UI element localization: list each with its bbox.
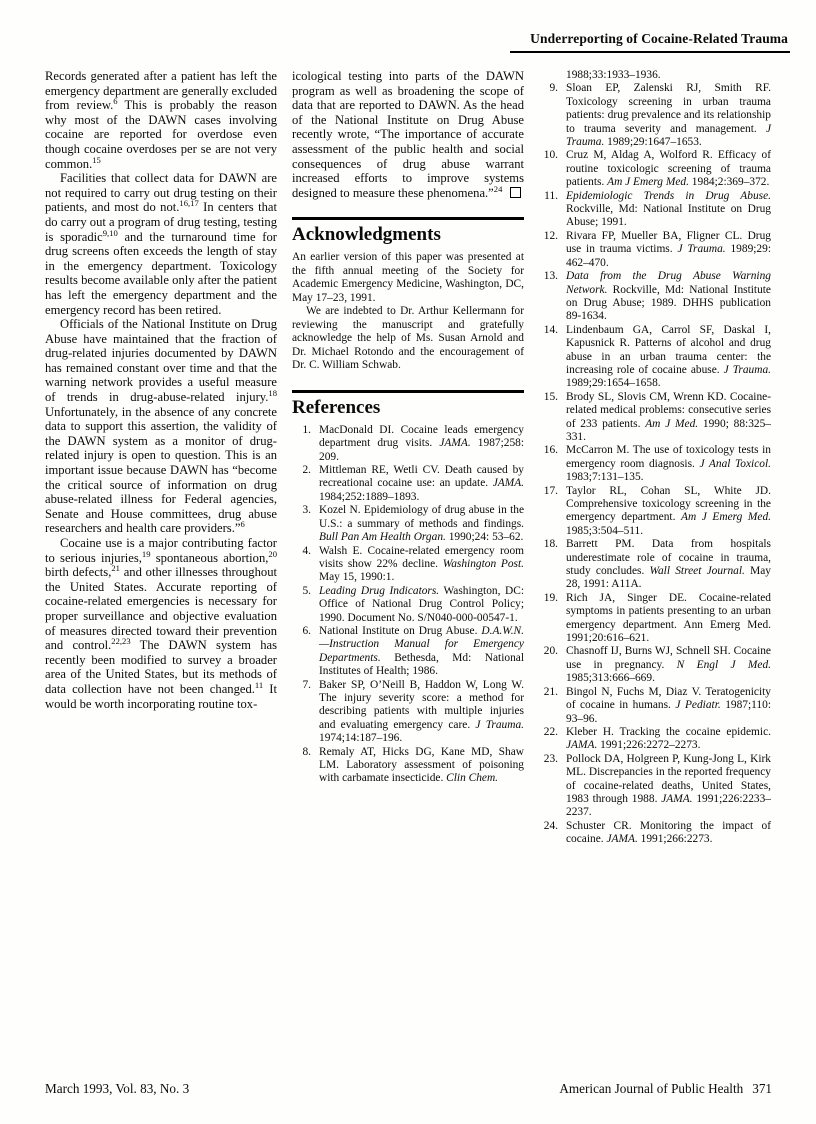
reference-item: 18.Barrett PM. Data from hospitals under…: [539, 538, 771, 592]
italic-title: Bull Pan Am Health Organ.: [319, 531, 446, 543]
italic-title: J Anal Toxicol.: [699, 458, 771, 470]
italic-title: JAMA.: [493, 477, 524, 489]
reference-text: MacDonald DI. Cocaine leads emergency de…: [319, 424, 524, 463]
references-heading: References: [292, 390, 524, 419]
reference-number: 7.: [292, 679, 311, 692]
footer-page-number: 371: [752, 1081, 772, 1096]
reference-number: 6.: [292, 625, 311, 638]
reference-number: 3.: [292, 504, 311, 517]
citation-superscript: 16,17: [179, 198, 198, 208]
italic-title: Leading Drug Indicators.: [319, 585, 439, 597]
article-column-1: Records generated after a patient has le…: [45, 69, 277, 711]
italic-title: J Trauma.: [724, 364, 771, 376]
article-body: Records generated after a patient has le…: [45, 69, 772, 847]
reference-item: 3.Kozel N. Epidemiology of drug abuse in…: [292, 504, 524, 544]
reference-number: 11.: [539, 190, 558, 203]
reference-text: Lindenbaum GA, Carrol SF, Daskal I, Kapu…: [566, 324, 771, 390]
italic-title: J Trauma.: [475, 719, 524, 731]
italic-title: Wall Street Journal.: [650, 565, 745, 577]
reference-text: National Institute on Drug Abuse. D.A.W.…: [319, 625, 524, 677]
reference-item: 7.Baker SP, O’Neill B, Haddon W, Long W.…: [292, 679, 524, 746]
italic-title: Washington Post.: [443, 558, 524, 570]
reference-text: Bingol N, Fuchs M, Diaz V. Teratogenicit…: [566, 686, 771, 725]
article-end-square-icon: [510, 187, 521, 198]
reference-item: 8.Remaly AT, Hicks DG, Kane MD, Shaw LM.…: [292, 746, 524, 786]
reference-number: 8.: [292, 746, 311, 759]
citation-superscript: 6: [240, 519, 244, 529]
italic-title: JAMA.: [661, 793, 692, 805]
reference-item: 11.Epidemiologic Trends in Drug Abuse. R…: [539, 190, 771, 230]
reference-item: 4.Walsh E. Cocaine-related emergency roo…: [292, 545, 524, 585]
reference-number: 20.: [539, 645, 558, 658]
reference-text: Schuster CR. Monitoring the impact of co…: [566, 820, 771, 845]
footer-journal-name: American Journal of Public Health: [559, 1081, 743, 1096]
citation-superscript: 11: [255, 680, 263, 690]
reference-item: 19.Rich JA, Singer DE. Cocaine-related s…: [539, 592, 771, 646]
citation-superscript: 15: [92, 154, 101, 164]
reference-text: Pollock DA, Holgreen P, Kung-Jong L, Kir…: [566, 753, 771, 819]
reference-item: 9.Sloan EP, Zalenski RJ, Smith RF. Toxic…: [539, 82, 771, 149]
italic-title: Am J Emerg Med.: [607, 176, 689, 188]
reference-number: 16.: [539, 444, 558, 457]
citation-superscript: 9,10: [103, 227, 118, 237]
page-footer: March 1993, Vol. 83, No. 3 American Jour…: [45, 1081, 772, 1097]
reference-item: 21.Bingol N, Fuchs M, Diaz V. Teratogeni…: [539, 686, 771, 726]
italic-title: Epidemiologic Trends in Drug Abuse.: [566, 190, 771, 202]
citation-superscript: 6: [113, 96, 117, 106]
italic-title: D.A.W.N.—Instruction Manual for Emergenc…: [319, 625, 524, 664]
reference-item: 2.Mittleman RE, Wetli CV. Death caused b…: [292, 464, 524, 504]
acknowledgments-heading: Acknowledgments: [292, 217, 524, 246]
reference-text: Mittleman RE, Wetli CV. Death caused by …: [319, 464, 524, 503]
citation-superscript: 19: [142, 548, 151, 558]
reference-number: 21.: [539, 686, 558, 699]
reference-text: Rich JA, Singer DE. Cocaine-related symp…: [566, 592, 771, 644]
body-paragraph: icological testing into parts of the DAW…: [292, 69, 524, 200]
reference-number: 23.: [539, 753, 558, 766]
reference-text: Baker SP, O’Neill B, Haddon W, Long W. T…: [319, 679, 524, 745]
reference-number: 18.: [539, 538, 558, 551]
reference-number: 9.: [539, 82, 558, 95]
body-paragraph: Facilities that collect data for DAWN ar…: [45, 171, 277, 317]
reference-item: 6.National Institute on Drug Abuse. D.A.…: [292, 625, 524, 679]
reference-number: 4.: [292, 545, 311, 558]
italic-title: Clin Chem.: [446, 772, 498, 784]
reference-number: 22.: [539, 726, 558, 739]
reference-item: 16.McCarron M. The use of toxicology tes…: [539, 444, 771, 484]
reference-number: 2.: [292, 464, 311, 477]
reference-number: 10.: [539, 149, 558, 162]
article-column-2: icological testing into parts of the DAW…: [292, 69, 524, 786]
acknowledgments-text: An earlier version of this paper was pre…: [292, 251, 524, 373]
reference-text: 1988;33:1933–1936.: [566, 69, 661, 81]
reference-number: 24.: [539, 820, 558, 833]
reference-text: Data from the Drug Abuse Warning Network…: [566, 270, 771, 322]
italic-title: Data from the Drug Abuse Warning Network…: [566, 270, 771, 295]
citation-superscript: 20: [268, 548, 277, 558]
reference-text: Epidemiologic Trends in Drug Abuse. Rock…: [566, 190, 771, 229]
reference-item: 24.Schuster CR. Monitoring the impact of…: [539, 820, 771, 847]
italic-title: J Trauma.: [677, 243, 725, 255]
reference-number: 14.: [539, 324, 558, 337]
reference-item: 23.Pollock DA, Holgreen P, Kung-Jong L, …: [539, 753, 771, 820]
running-head: Underreporting of Cocaine-Related Trauma: [510, 31, 790, 53]
references-section: References 1.MacDonald DI. Cocaine leads…: [292, 390, 524, 786]
reference-item: 14.Lindenbaum GA, Carrol SF, Daskal I, K…: [539, 324, 771, 391]
footer-journal-info: American Journal of Public Health371: [559, 1081, 772, 1097]
footer-issue-info: March 1993, Vol. 83, No. 3: [45, 1081, 189, 1097]
italic-title: J Pediatr.: [675, 699, 720, 711]
reference-number: 1.: [292, 424, 311, 437]
reference-number: 5.: [292, 585, 311, 598]
article-conclusion: icological testing into parts of the DAW…: [292, 69, 524, 200]
body-paragraph: Officials of the National Institute on D…: [45, 317, 277, 536]
reference-text: Brody SL, Slovis CM, Wrenn KD. Cocaine-r…: [566, 391, 771, 443]
citation-superscript: 22,23: [111, 636, 130, 646]
reference-item: 15.Brody SL, Slovis CM, Wrenn KD. Cocain…: [539, 391, 771, 445]
journal-page: Underreporting of Cocaine-Related Trauma…: [0, 0, 816, 1124]
citation-superscript: 18: [268, 388, 277, 398]
acknowledgments-section: Acknowledgments An earlier version of th…: [292, 217, 524, 373]
reference-item: 5.Leading Drug Indicators. Washington, D…: [292, 585, 524, 625]
italic-title: Am J Emerg Med.: [681, 511, 771, 523]
reference-text: Walsh E. Cocaine-related emergency room …: [319, 545, 524, 584]
citation-superscript: 24: [494, 184, 503, 194]
italic-title: N Engl J Med.: [677, 659, 771, 671]
reference-number: 17.: [539, 485, 558, 498]
reference-number: 12.: [539, 230, 558, 243]
citation-superscript: 21: [111, 563, 120, 573]
article-column-3: 1988;33:1933–1936.9.Sloan EP, Zalenski R…: [539, 69, 771, 847]
body-paragraph: We are indebted to Dr. Arthur Kellermann…: [292, 305, 524, 373]
body-paragraph: An earlier version of this paper was pre…: [292, 251, 524, 305]
reference-text: Leading Drug Indicators. Washington, DC:…: [319, 585, 524, 624]
reference-number: 15.: [539, 391, 558, 404]
body-paragraph: Records generated after a patient has le…: [45, 69, 277, 171]
reference-text: Remaly AT, Hicks DG, Kane MD, Shaw LM. L…: [319, 746, 524, 785]
reference-text: McCarron M. The use of toxicology tests …: [566, 444, 771, 483]
reference-text: Rivara FP, Mueller BA, Fligner CL. Drug …: [566, 230, 771, 269]
reference-item: 17.Taylor RL, Cohan SL, White JD. Compre…: [539, 485, 771, 539]
body-paragraph: Cocaine use is a major contributing fact…: [45, 536, 277, 711]
italic-title: Am J Med.: [645, 418, 698, 430]
reference-text: Kleber H. Tracking the cocaine epidemic.…: [566, 726, 771, 751]
reference-item: 20.Chasnoff IJ, Burns WJ, Schnell SH. Co…: [539, 645, 771, 685]
reference-item: 13.Data from the Drug Abuse Warning Netw…: [539, 270, 771, 324]
reference-item: 22.Kleber H. Tracking the cocaine epidem…: [539, 726, 771, 753]
reference-text: Taylor RL, Cohan SL, White JD. Comprehen…: [566, 485, 771, 537]
reference-number: 13.: [539, 270, 558, 283]
reference-text: Kozel N. Epidemiology of drug abuse in t…: [319, 504, 524, 543]
reference-item: 12.Rivara FP, Mueller BA, Fligner CL. Dr…: [539, 230, 771, 270]
references-list-part1: 1.MacDonald DI. Cocaine leads emergency …: [292, 424, 524, 786]
reference-continuation: 1988;33:1933–1936.: [539, 69, 771, 82]
italic-title: JAMA.: [606, 833, 637, 845]
reference-text: Barrett PM. Data from hospitals underest…: [566, 538, 771, 590]
reference-item: 10.Cruz M, Aldag A, Wolford R. Efficacy …: [539, 149, 771, 189]
reference-text: Sloan EP, Zalenski RJ, Smith RF. Toxicol…: [566, 82, 771, 148]
italic-title: J Trauma.: [566, 123, 771, 148]
reference-item: 1.MacDonald DI. Cocaine leads emergency …: [292, 424, 524, 464]
references-list-part2: 1988;33:1933–1936.9.Sloan EP, Zalenski R…: [539, 69, 771, 847]
italic-title: JAMA.: [439, 437, 470, 449]
reference-number: 19.: [539, 592, 558, 605]
reference-text: Cruz M, Aldag A, Wolford R. Efficacy of …: [566, 149, 771, 188]
reference-text: Chasnoff IJ, Burns WJ, Schnell SH. Cocai…: [566, 645, 771, 684]
italic-title: JAMA.: [566, 739, 597, 751]
